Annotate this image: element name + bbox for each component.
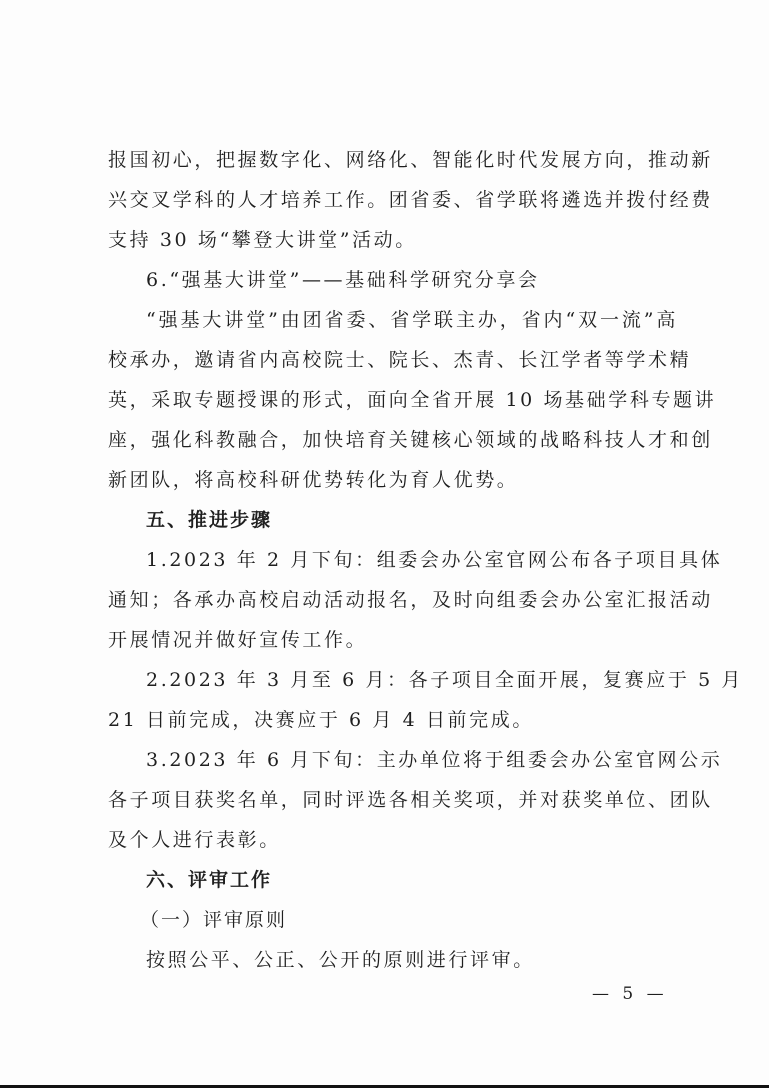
body-text-line: 开展情况并做好宣传工作。: [108, 628, 678, 652]
body-text-line: “强基大讲堂”由团省委、省学联主办，省内“双一流”高: [146, 308, 678, 332]
body-text-line: 通知；各承办高校启动活动报名，及时向组委会办公室汇报活动: [108, 588, 678, 612]
body-text-line: 报国初心，把握数字化、网络化、智能化时代发展方向，推动新: [108, 148, 678, 172]
body-text-line: 1.2023 年 2 月下旬：组委会办公室官网公布各子项目具体: [146, 548, 678, 572]
document-page: 报国初心，把握数字化、网络化、智能化时代发展方向，推动新 兴交叉学科的人才培养工…: [0, 0, 769, 1085]
item-title: 6.“强基大讲堂”——基础科学研究分享会: [146, 268, 678, 292]
body-text-line: 英，采取专题授课的形式，面向全省开展 10 场基础学科专题讲: [108, 388, 678, 412]
body-text-line: 校承办，邀请省内高校院士、院长、杰青、长江学者等学术精: [108, 348, 678, 372]
sub-heading: （一）评审原则: [140, 908, 672, 932]
body-text-line: 21 日前完成，决赛应于 6 月 4 日前完成。: [108, 708, 678, 732]
body-text-line: 座，强化科教融合，加快培育关键核心领域的战略科技人才和创: [108, 428, 678, 452]
body-text-line: 及个人进行表彰。: [108, 828, 678, 852]
body-text-line: 支持 30 场“攀登大讲堂”活动。: [108, 228, 678, 252]
page-number: — 5 —: [592, 984, 668, 1004]
sub-heading-spacer: [140, 946, 672, 970]
body-text-line: 新团队，将高校科研优势转化为育人优势。: [108, 468, 678, 492]
section-heading: 五、推进步骤: [146, 508, 678, 532]
body-text-line: 各子项目获奖名单，同时评选各相关奖项，并对获奖单位、团队: [108, 788, 678, 812]
body-text-line: 2.2023 年 3 月至 6 月：各子项目全面开展，复赛应于 5 月: [146, 668, 678, 692]
body-text-line: 3.2023 年 6 月下旬：主办单位将于组委会办公室官网公示: [146, 748, 678, 772]
body-text-line: 兴交叉学科的人才培养工作。团省委、省学联将遴选并拨付经费: [108, 188, 678, 212]
section-heading: 六、评审工作: [146, 868, 678, 892]
